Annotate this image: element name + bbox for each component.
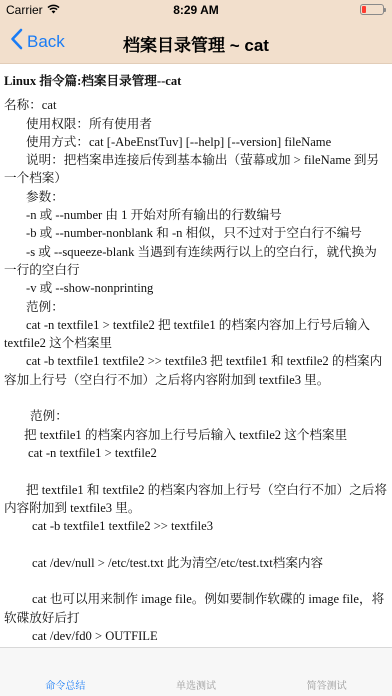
nav-bar: Back 档案目录管理 ~ cat <box>0 20 392 64</box>
status-bar: Carrier 8:29 AM <box>0 0 392 20</box>
tab-label: 简答测试 <box>307 677 347 692</box>
spacer <box>4 389 388 407</box>
content-line: 名称：cat <box>4 96 388 114</box>
tab-short-answer-test[interactable]: 简答测试 <box>261 648 392 696</box>
content-line: cat /dev/null > /etc/test.txt 此为清空/etc/t… <box>4 554 388 572</box>
tab-bar: 命令总结 单选测试 简答测试 <box>0 647 392 696</box>
content-line: 把 textfile1 的档案内容加上行号后输入 textfile2 这个档案里 <box>4 426 388 444</box>
content-line: cat -b textfile1 textfile2 >> textfile3 … <box>4 352 388 389</box>
content-line: 使用权限：所有使用者 <box>4 115 388 133</box>
tab-single-choice-test[interactable]: 单选测试 <box>131 648 262 696</box>
content-line: 范例： <box>4 298 388 316</box>
content-line: 使用方式：cat [-AbeEnstTuv] [--help] [--versi… <box>4 133 388 151</box>
spacer <box>4 572 388 590</box>
spacer <box>4 462 388 480</box>
content-line: cat /dev/fd0 > OUTFILE <box>4 627 388 644</box>
battery-level <box>362 6 366 13</box>
spacer <box>4 535 388 553</box>
content-line: -s 或 --squeeze-blank 当遇到有连续两行以上的空白行，就代换为… <box>4 243 388 280</box>
content-line: cat 也可以用来制作 image file。例如要制作软碟的 image fi… <box>4 590 388 627</box>
content-line: -b 或 --number-nonblank 和 -n 相似，只不过对于空白行不… <box>4 224 388 242</box>
tab-command-summary[interactable]: 命令总结 <box>0 648 131 696</box>
battery-icon <box>360 4 384 15</box>
content-line: -v 或 --show-nonprinting <box>4 279 388 297</box>
tab-label: 命令总结 <box>45 677 85 692</box>
content-line: 把 textfile1 和 textfile2 的档案内容加上行号（空白行不加）… <box>4 481 388 518</box>
content-line: cat -b textfile1 textfile2 >> textfile3 <box>4 517 388 535</box>
status-right <box>360 4 384 15</box>
tab-label: 单选测试 <box>176 677 216 692</box>
content-line: 说明：把档案串连接后传到基本输出（萤幕或加 > fileName 到另一个档案） <box>4 151 388 188</box>
content-line: cat -n textfile1 > textfile2 把 textfile1… <box>4 316 388 353</box>
content-line: 参数： <box>4 188 388 206</box>
status-time: 8:29 AM <box>0 3 392 17</box>
content-heading: Linux 指令篇:档案目录管理--cat <box>4 72 388 90</box>
header: Carrier 8:29 AM Back 档案目 <box>0 0 392 64</box>
content-scroll-view[interactable]: Linux 指令篇:档案目录管理--cat 名称：cat 使用权限：所有使用者 … <box>0 64 392 644</box>
content-line: cat -n textfile1 > textfile2 <box>4 444 388 462</box>
content-line: -n 或 --number 由 1 开始对所有输出的行数编号 <box>4 206 388 224</box>
content-line: 范例： <box>4 407 388 425</box>
page-title: 档案目录管理 ~ cat <box>0 31 392 56</box>
